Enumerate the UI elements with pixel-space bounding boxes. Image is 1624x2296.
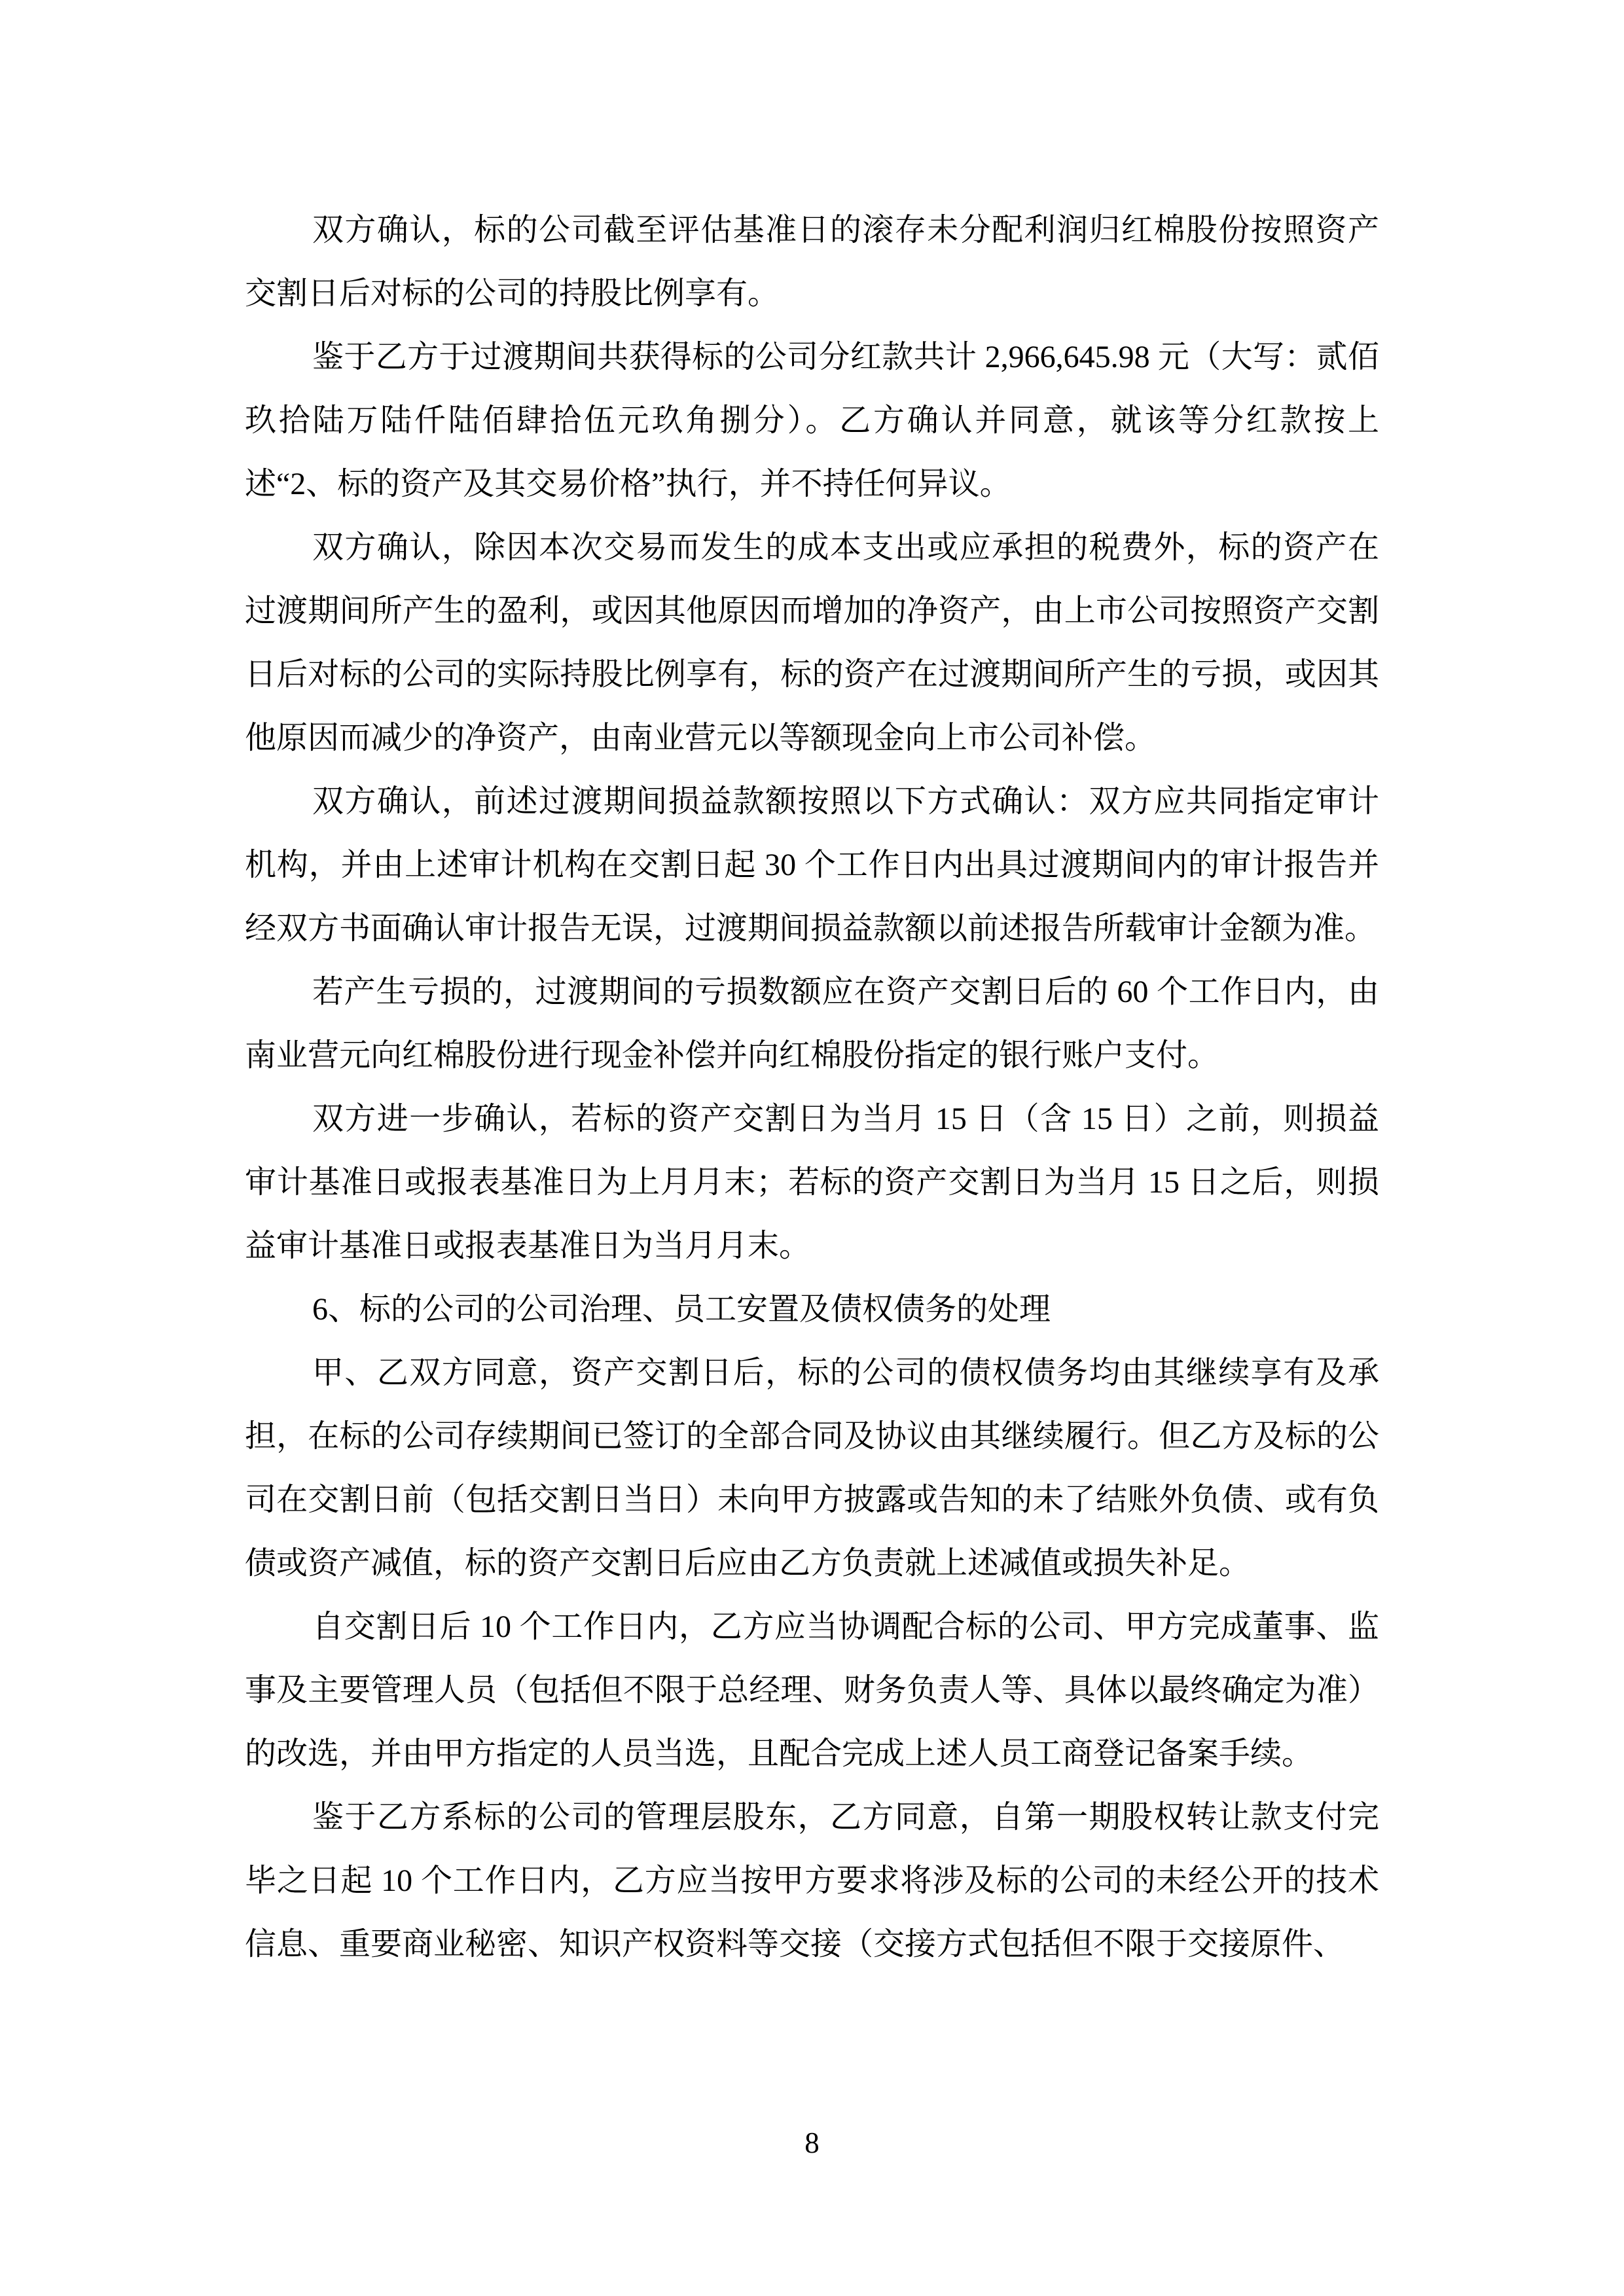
page-number: 8 <box>0 2126 1624 2160</box>
paragraph: 双方确认，除因本次交易而发生的成本支出或应承担的税费外，标的资产在过渡期间所产生… <box>245 516 1379 770</box>
paragraph: 双方进一步确认，若标的资产交割日为当月 15 日（含 15 日）之前，则损益审计… <box>245 1087 1379 1278</box>
document-body: 双方确认，标的公司截至评估基准日的滚存未分配利润归红棉股份按照资产交割日后对标的… <box>245 198 1379 1976</box>
paragraph: 双方确认，标的公司截至评估基准日的滚存未分配利润归红棉股份按照资产交割日后对标的… <box>245 198 1379 325</box>
paragraph: 鉴于乙方系标的公司的管理层股东，乙方同意，自第一期股权转让款支付完毕之日起 10… <box>245 1785 1379 1976</box>
paragraph: 若产生亏损的，过渡期间的亏损数额应在资产交割日后的 60 个工作日内，由南业营元… <box>245 960 1379 1087</box>
paragraph: 甲、乙双方同意，资产交割日后，标的公司的债权债务均由其继续享有及承担，在标的公司… <box>245 1341 1379 1595</box>
paragraph: 自交割日后 10 个工作日内，乙方应当协调配合标的公司、甲方完成董事、监事及主要… <box>245 1595 1379 1785</box>
document-page: 双方确认，标的公司截至评估基准日的滚存未分配利润归红棉股份按照资产交割日后对标的… <box>0 0 1624 2296</box>
paragraph: 鉴于乙方于过渡期间共获得标的公司分红款共计 2,966,645.98 元（大写：… <box>245 325 1379 516</box>
section-heading: 6、标的公司的公司治理、员工安置及债权债务的处理 <box>245 1278 1379 1341</box>
paragraph: 双方确认，前述过渡期间损益款额按照以下方式确认：双方应共同指定审计机构，并由上述… <box>245 770 1379 960</box>
